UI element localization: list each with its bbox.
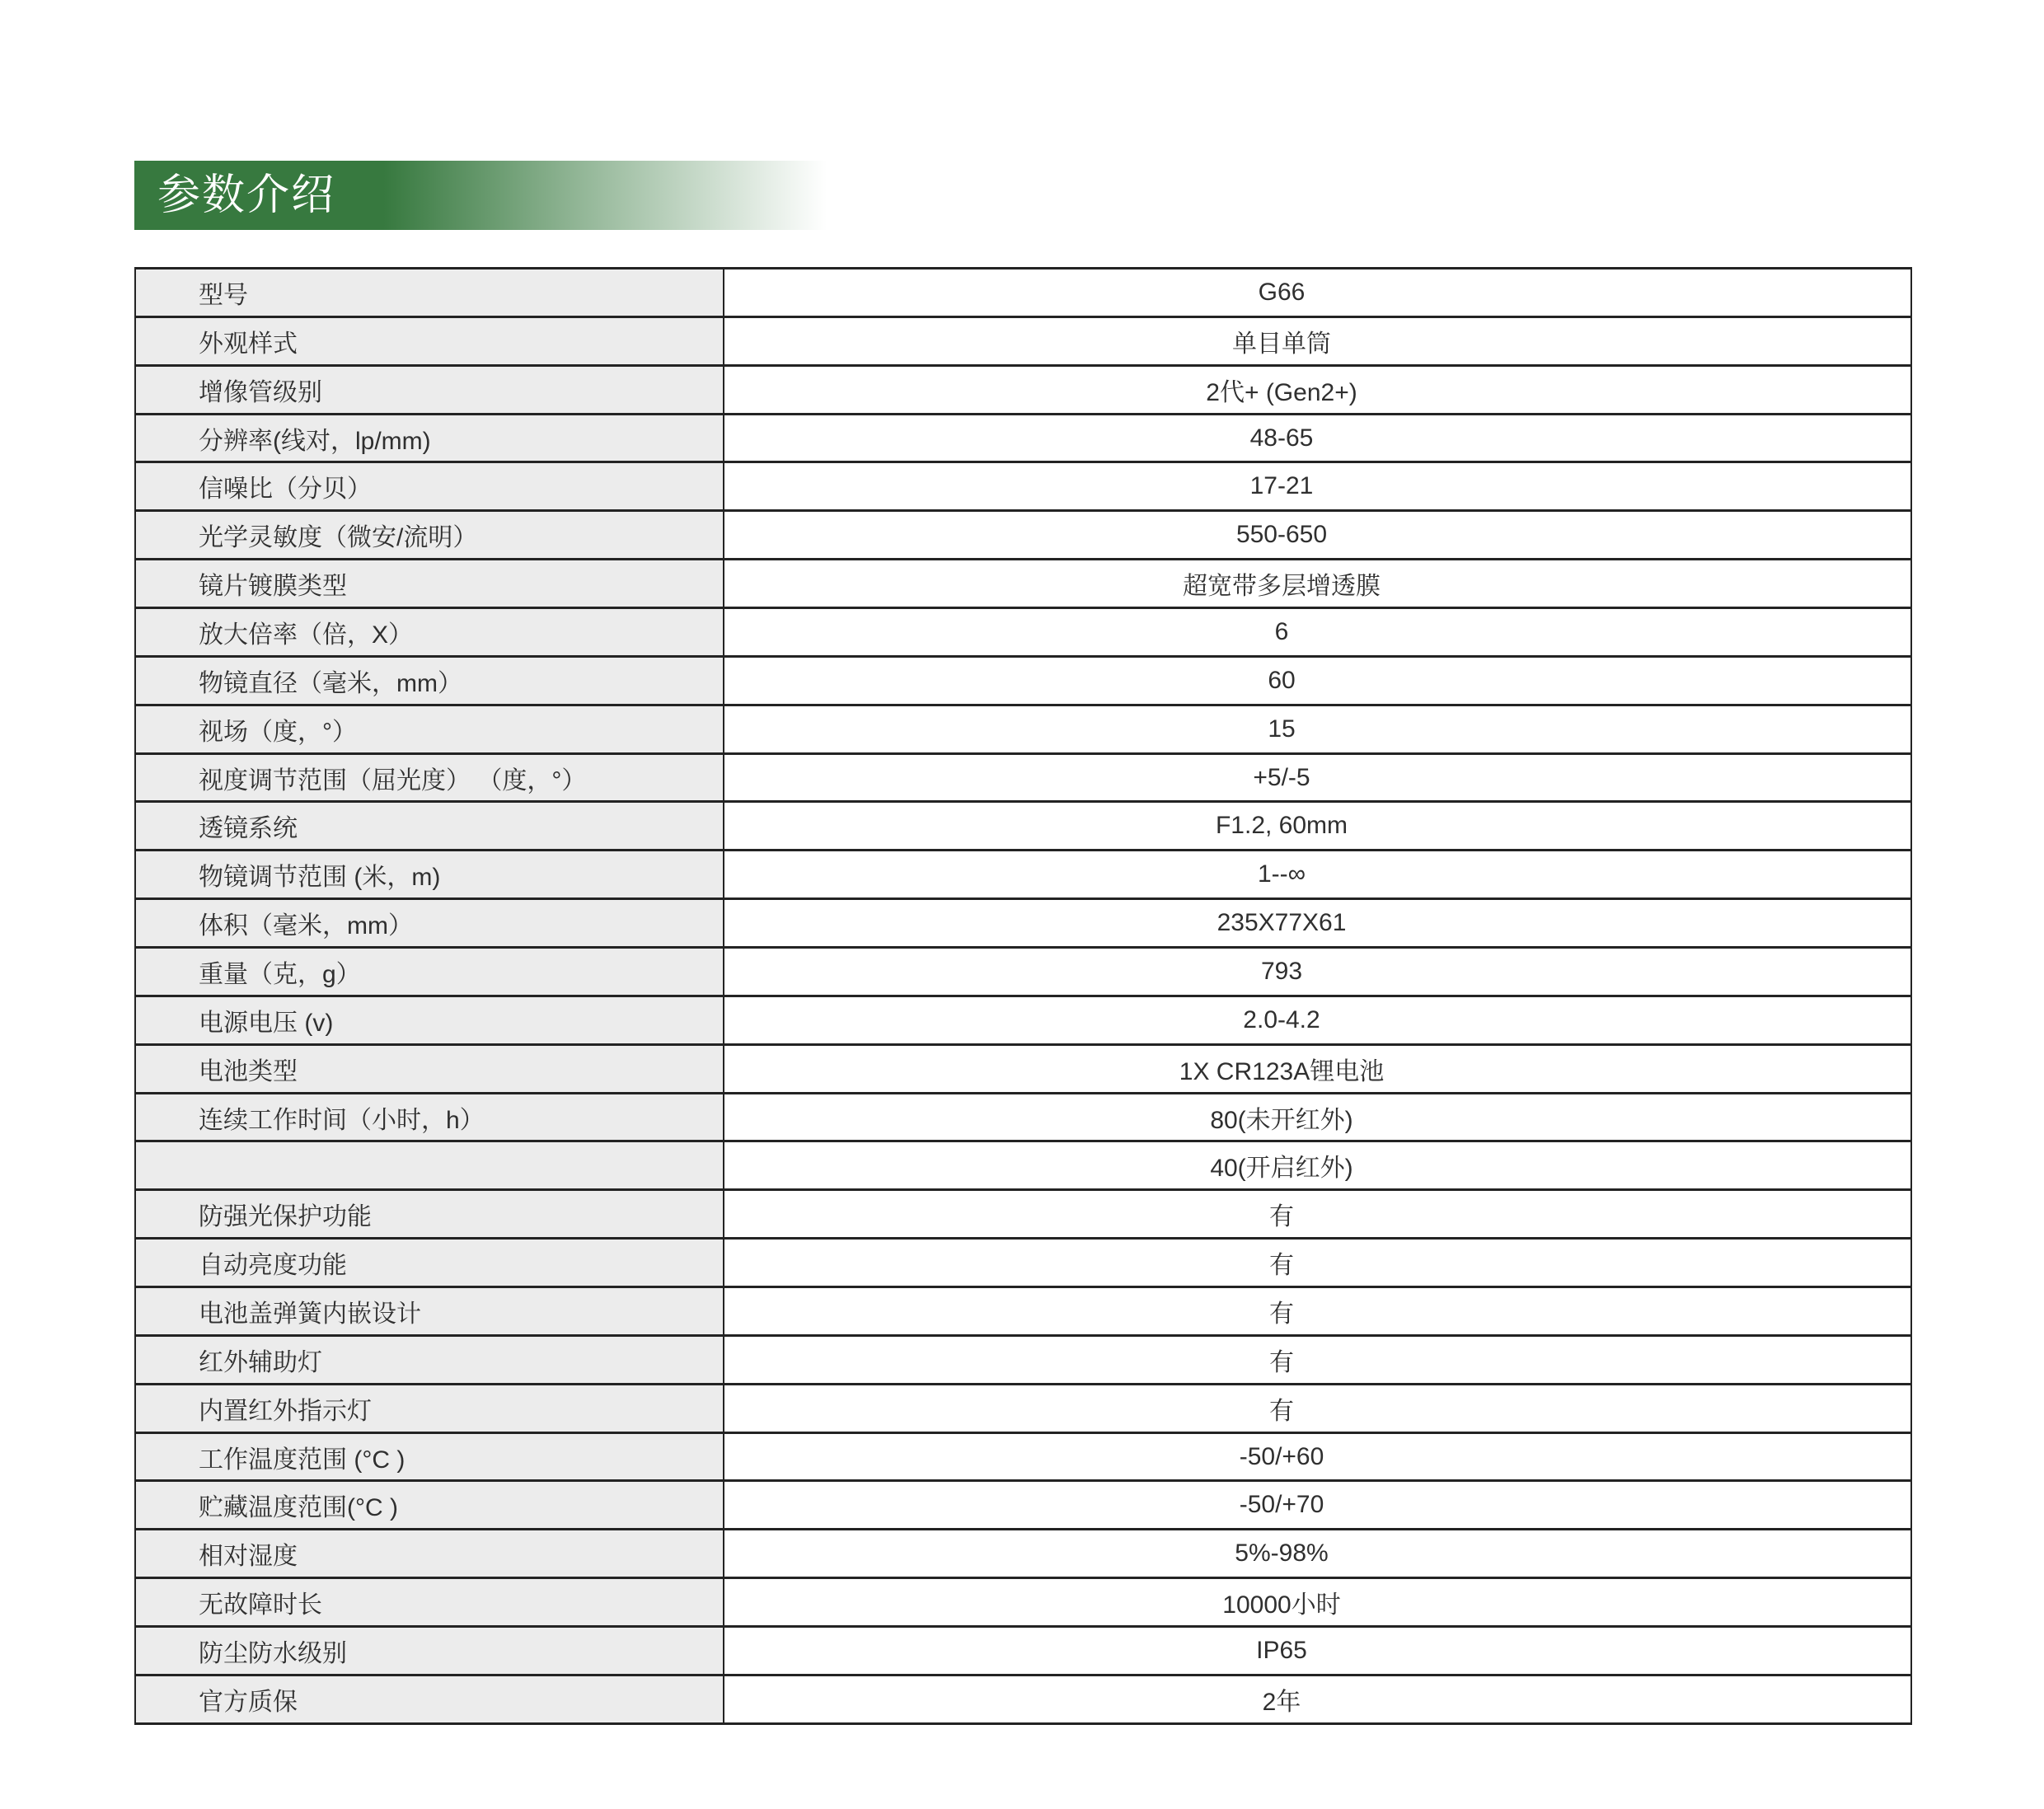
param-value: G66 [724, 269, 1911, 317]
param-label: 贮藏温度范围(°C ) [135, 1481, 724, 1530]
table-row: 镜片镀膜类型 超宽带多层增透膜 [135, 560, 1911, 608]
param-value: 2年 [724, 1675, 1911, 1723]
param-label: 无故障时长 [135, 1578, 724, 1627]
param-label: 放大倍率（倍，X） [135, 608, 724, 657]
param-label: 型号 [135, 269, 724, 317]
table-row: 电池类型 1X CR123A锂电池 [135, 1044, 1911, 1093]
table-row: 增像管级别 2代+ (Gen2+) [135, 365, 1911, 414]
table-row: 物镜调节范围 (米，m) 1--∞ [135, 851, 1911, 899]
param-value: 235X77X61 [724, 899, 1911, 948]
table-row: 物镜直径（毫米，mm） 60 [135, 656, 1911, 705]
param-value: 80(未开红外) [724, 1093, 1911, 1141]
table-row: 信噪比（分贝） 17-21 [135, 462, 1911, 511]
page-title: 参数介绍 [134, 161, 827, 230]
param-label: 连续工作时间（小时，h） [135, 1093, 724, 1141]
table-row: 自动亮度功能 有 [135, 1239, 1911, 1287]
param-label: 工作温度范围 (°C ) [135, 1432, 724, 1481]
table-row: 连续工作时间（小时，h） 80(未开红外) [135, 1093, 1911, 1141]
param-value: 有 [724, 1384, 1911, 1432]
param-value: 1--∞ [724, 851, 1911, 899]
table-row: 防强光保护功能 有 [135, 1190, 1911, 1239]
param-label: 防尘防水级别 [135, 1627, 724, 1675]
param-label: 增像管级别 [135, 365, 724, 414]
param-value: +5/-5 [724, 753, 1911, 802]
param-label: 体积（毫米，mm） [135, 899, 724, 948]
table-row: 放大倍率（倍，X） 6 [135, 608, 1911, 657]
param-label: 红外辅助灯 [135, 1335, 724, 1384]
param-label: 重量（克，g） [135, 948, 724, 996]
table-row: 光学灵敏度（微安/流明） 550-650 [135, 511, 1911, 560]
param-value: 17-21 [724, 462, 1911, 511]
param-value: 2代+ (Gen2+) [724, 365, 1911, 414]
param-value: 550-650 [724, 511, 1911, 560]
spec-table: 型号 G66 外观样式 单目单筒 增像管级别 2代+ (Gen2+) 分辨率(线… [134, 267, 1912, 1725]
param-label: 光学灵敏度（微安/流明） [135, 511, 724, 560]
param-value: 有 [724, 1239, 1911, 1287]
table-row: 防尘防水级别 IP65 [135, 1627, 1911, 1675]
param-label: 官方质保 [135, 1675, 724, 1723]
table-row: 无故障时长 10000小时 [135, 1578, 1911, 1627]
param-value: 2.0-4.2 [724, 996, 1911, 1044]
table-row: 视度调节范围（屈光度） （度，°） +5/-5 [135, 753, 1911, 802]
param-value: 5%-98% [724, 1530, 1911, 1578]
param-label: 分辨率(线对，lp/mm) [135, 414, 724, 462]
table-row: 官方质保 2年 [135, 1675, 1911, 1723]
param-value: 15 [724, 705, 1911, 753]
param-label: 视度调节范围（屈光度） （度，°） [135, 753, 724, 802]
param-label: 透镜系统 [135, 802, 724, 851]
param-label: 信噪比（分贝） [135, 462, 724, 511]
table-row: 分辨率(线对，lp/mm) 48-65 [135, 414, 1911, 462]
param-value: 有 [724, 1335, 1911, 1384]
param-value: 超宽带多层增透膜 [724, 560, 1911, 608]
param-label: 电源电压 (v) [135, 996, 724, 1044]
param-value: 48-65 [724, 414, 1911, 462]
param-label: 外观样式 [135, 316, 724, 365]
param-value: 793 [724, 948, 1911, 996]
param-label: 物镜调节范围 (米，m) [135, 851, 724, 899]
param-label: 电池盖弹簧内嵌设计 [135, 1287, 724, 1336]
param-label [135, 1141, 724, 1190]
param-label: 内置红外指示灯 [135, 1384, 724, 1432]
table-row: 体积（毫米，mm） 235X77X61 [135, 899, 1911, 948]
table-row: 外观样式 单目单筒 [135, 316, 1911, 365]
param-value: F1.2, 60mm [724, 802, 1911, 851]
param-value: 60 [724, 656, 1911, 705]
table-row: 40(开启红外) [135, 1141, 1911, 1190]
param-label: 防强光保护功能 [135, 1190, 724, 1239]
param-label: 自动亮度功能 [135, 1239, 724, 1287]
param-value: IP65 [724, 1627, 1911, 1675]
table-row: 电池盖弹簧内嵌设计 有 [135, 1287, 1911, 1336]
param-label: 视场（度，°） [135, 705, 724, 753]
table-row: 型号 G66 [135, 269, 1911, 317]
table-row: 电源电压 (v) 2.0-4.2 [135, 996, 1911, 1044]
param-label: 相对湿度 [135, 1530, 724, 1578]
table-row: 透镜系统 F1.2, 60mm [135, 802, 1911, 851]
table-row: 视场（度，°） 15 [135, 705, 1911, 753]
param-value: 6 [724, 608, 1911, 657]
param-label: 物镜直径（毫米，mm） [135, 656, 724, 705]
param-value: -50/+60 [724, 1432, 1911, 1481]
table-row: 内置红外指示灯 有 [135, 1384, 1911, 1432]
param-label: 镜片镀膜类型 [135, 560, 724, 608]
table-row: 工作温度范围 (°C ) -50/+60 [135, 1432, 1911, 1481]
table-row: 重量（克，g） 793 [135, 948, 1911, 996]
param-value: 有 [724, 1287, 1911, 1336]
param-value: 10000小时 [724, 1578, 1911, 1627]
param-value: 有 [724, 1190, 1911, 1239]
param-value: 单目单筒 [724, 316, 1911, 365]
param-value: 1X CR123A锂电池 [724, 1044, 1911, 1093]
section-banner: 参数介绍 [134, 161, 827, 230]
table-row: 相对湿度 5%-98% [135, 1530, 1911, 1578]
param-value: 40(开启红外) [724, 1141, 1911, 1190]
table-row: 红外辅助灯 有 [135, 1335, 1911, 1384]
param-value: -50/+70 [724, 1481, 1911, 1530]
table-row: 贮藏温度范围(°C ) -50/+70 [135, 1481, 1911, 1530]
param-label: 电池类型 [135, 1044, 724, 1093]
